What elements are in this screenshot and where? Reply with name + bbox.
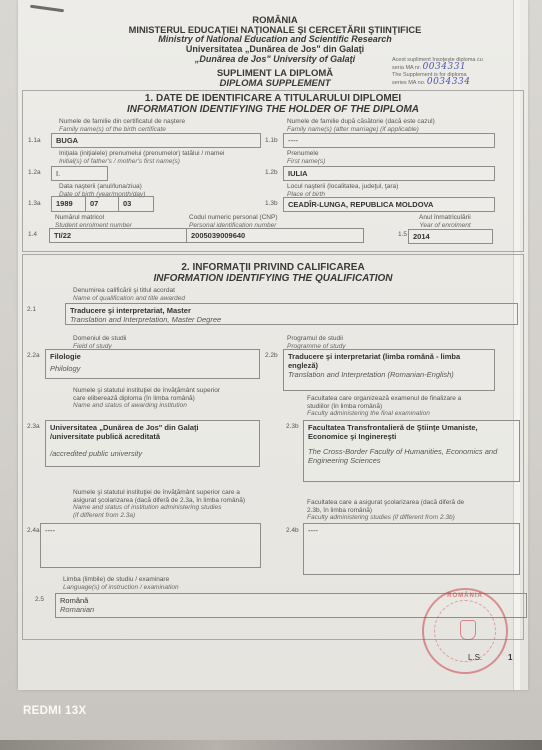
enrolment-year-field: 2014 [408,229,493,244]
awarding-institution-field: Universitatea „Dunărea de Jos" din Galaţ… [45,420,260,467]
official-stamp: ROMÂNIA [422,588,508,674]
header-university-ro: Universitatea „Dunărea de Jos" din Galaţ… [100,45,450,54]
series-number-handwritten-2: 0034334 [427,77,471,87]
header-ministry-en: Ministry of National Education and Scien… [100,35,450,44]
parent-initials-field: I. [51,166,108,181]
ls-mark: L.S. [468,653,482,662]
programme-of-study-field: Traducere şi interpretariat (limba român… [283,349,495,391]
first-name-field: IULIA [283,166,495,181]
section2-title-en: INFORMATION IDENTIFYING THE QUALIFICATIO… [23,274,523,284]
section-qualification-info: 2. INFORMAŢII PRIVIND CALIFICAREA INFORM… [22,254,524,640]
qualification-field: Traducere şi interpretariat, Master Tran… [65,303,518,325]
label-1-3b: Locul naşterii (localitatea, judeţul, ţa… [287,183,398,198]
place-of-birth-field: CEADÎR-LUNGA, REPUBLICA MOLDOVA [283,197,495,212]
family-name-birth-field: BUGA [51,133,261,148]
label-2-5: Limba (limbile) de studiu / examinareLan… [63,576,179,591]
date-of-birth-field: 1989 07 03 [51,196,154,212]
cnp-field: 2005039009640 [186,228,364,243]
series-note: Acest supliment însoţeşte diploma cu ser… [392,57,532,87]
label-2-3b: Facultatea care organizează examenul de … [307,395,461,418]
label-1-2a: Iniţiala (iniţialele) prenumelui (prenum… [59,150,224,165]
label-2-3a: Numele şi statutul instituţiei de învăţă… [73,387,220,410]
label-2-4a: Numele şi statutul instituţiei de învăţă… [73,489,245,519]
coat-of-arms-icon [460,620,476,640]
page-number: 1 [508,653,512,662]
label-2-2b: Programul de studiiProgramme of study [287,335,346,350]
section1-title-ro: 1. DATE DE IDENTIFICARE A TITULARULUI DI… [23,94,523,104]
label-2-1: Denumirea calificării şi titlul acordatN… [73,287,185,302]
label-1-1a: Numele de familie din certificatul de na… [59,118,185,133]
label-2-4b: Facultatea care a asigurat şcolarizarea … [307,499,464,522]
final-exam-faculty-field: Facultatea Transfrontalieră de Ştiinţe U… [303,420,520,482]
enrolment-number-field: TI/22 [49,228,187,243]
family-name-marriage-field: ---- [283,133,495,148]
table-edge [0,740,542,750]
section1-title-en: INFORMATION IDENTIFYING THE HOLDER OF TH… [23,105,523,115]
birth-day: 03 [119,197,153,211]
series-number-handwritten: 0034331 [423,62,467,72]
section2-title-ro: 2. INFORMAŢII PRIVIND CALIFICAREA [23,263,523,273]
label-cnp: Codul numeric personal (CNP)Personal ide… [189,214,278,229]
field-of-study-field: Filologie Philology [45,349,260,379]
section-holder-info: 1. DATE DE IDENTIFICARE A TITULARULUI DI… [22,90,524,252]
label-1-4: Numărul matricolStudent enrolment number [55,214,132,229]
label-1-2b: PrenumeleFirst name(s) [287,150,325,165]
birth-month: 07 [86,197,119,211]
camera-watermark: REDMI 13X [23,705,86,717]
institution-administering-studies-field: ---- [40,523,261,568]
label-1-1b: Numele de familie după căsătorie (dacă e… [287,118,435,133]
faculty-administering-studies-field: ---- [303,523,520,575]
label-1-5: Anul înmatriculăriiYear of enrolment [419,214,471,229]
label-2-2a: Domeniul de studiiField of study [73,335,126,350]
birth-year: 1989 [52,197,86,211]
